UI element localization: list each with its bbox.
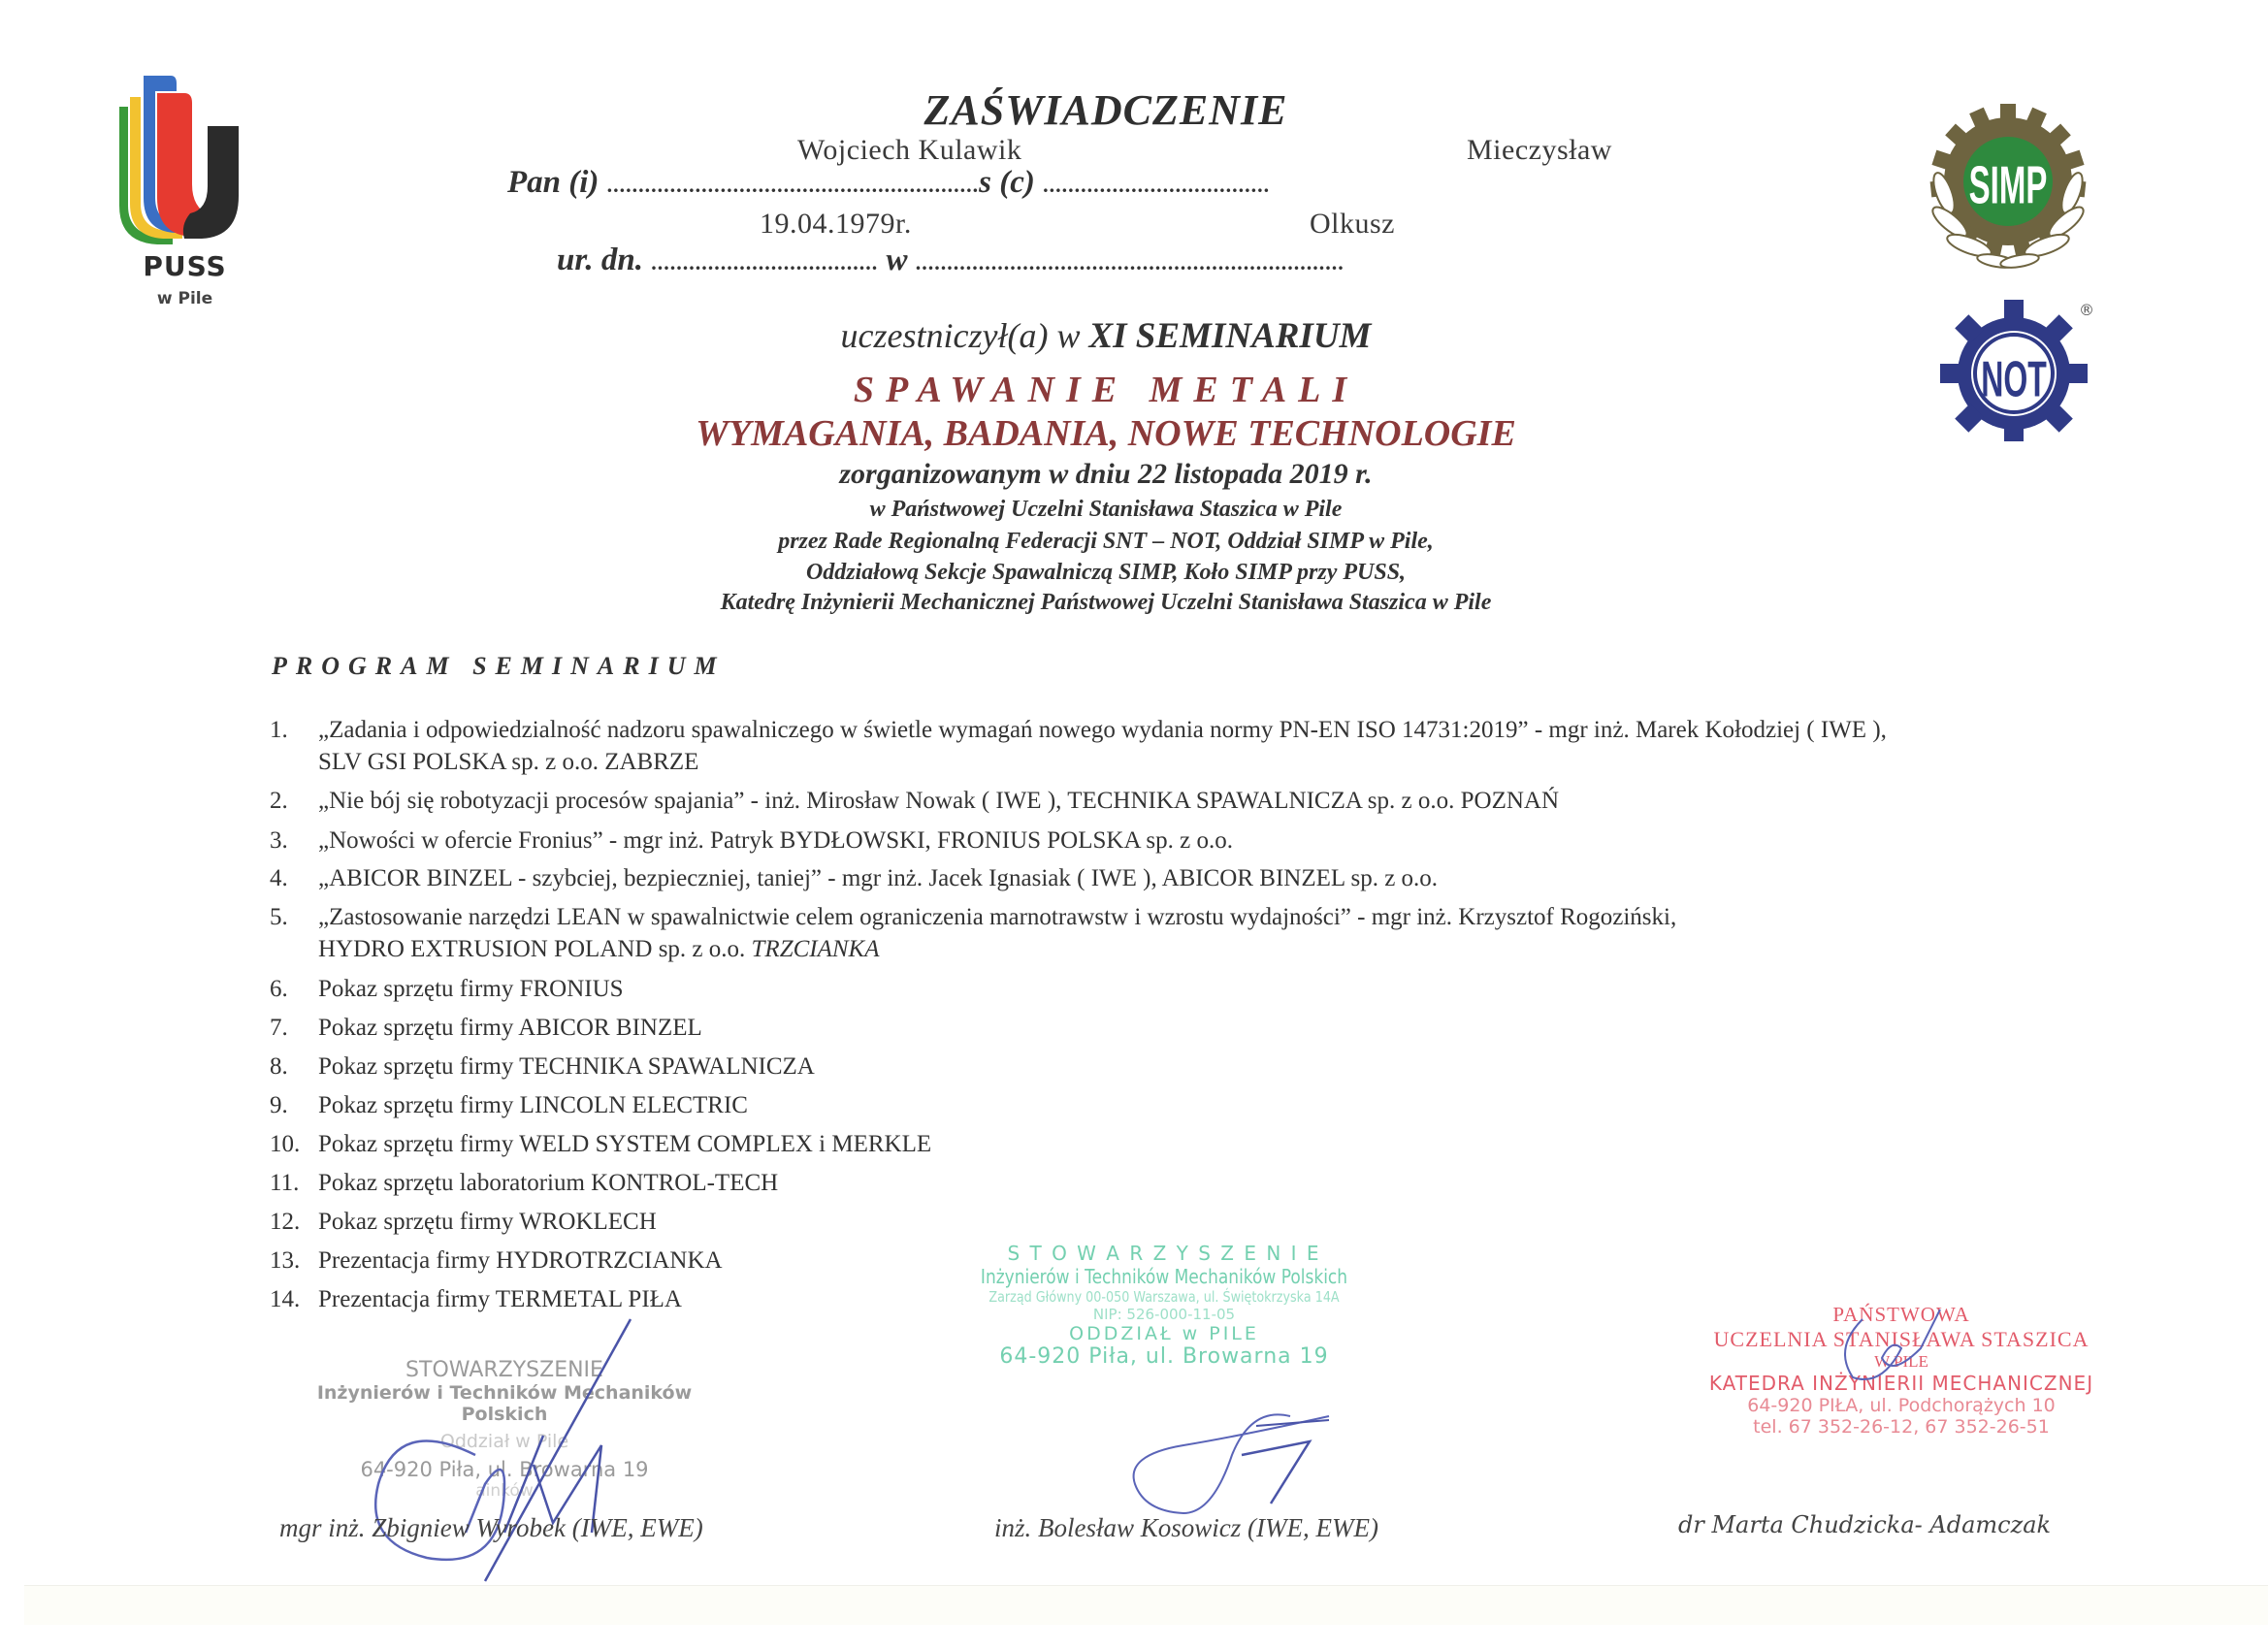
program-item-text: Pokaz sprzętu firmy ABICOR BINZEL	[318, 1015, 702, 1042]
signature-wyrobek-icon	[359, 1309, 669, 1591]
participant-name-value: Wojciech Kulawik	[797, 134, 1021, 167]
puss-logo-sub: w Pile	[114, 289, 255, 308]
program-item-line: SLV GSI POLSKA sp. z o.o. ZABRZE	[318, 749, 698, 775]
program-item-number: 6.	[270, 976, 308, 1003]
organizer-line: w Państwowej Uczelni Stanisława Staszica…	[0, 497, 2212, 523]
stamp-line: ODDZIAŁ w PILE	[946, 1323, 1382, 1344]
program-item-text: Pokaz sprzętu laboratorium KONTROL-TECH	[318, 1170, 778, 1197]
program-item-text: SLV GSI POLSKA sp. z o.o. ZABRZE	[318, 749, 698, 776]
stamp-line: Inżynierów i Techników Mechaników Polski…	[979, 1265, 1350, 1288]
program-item-number: 1.	[270, 717, 308, 744]
program-item-text: Pokaz sprzętu firmy WELD SYSTEM COMPLEX …	[318, 1131, 931, 1158]
birth-place-value: Olkusz	[1310, 208, 1395, 241]
program-item-line: Pokaz sprzętu firmy WELD SYSTEM COMPLEX …	[318, 1131, 931, 1157]
stamp-line: Zarząd Główny 00-050 Warszawa, ul. Święt…	[979, 1288, 1350, 1306]
signatory-name: inż. Bolesław Kosowicz (IWE, EWE)	[994, 1513, 1378, 1543]
program-item-line: „Zadania i odpowiedzialność nadzoru spaw…	[318, 717, 1887, 743]
signature-chudzicka-icon	[1824, 1290, 1979, 1397]
program-item-number: 3.	[270, 827, 308, 855]
birth-date-value: 19.04.1979r.	[760, 208, 912, 241]
program-item-text: Pokaz sprzętu firmy FRONIUS	[318, 976, 624, 1003]
program-item-line: Pokaz sprzętu firmy WROKLECH	[318, 1209, 657, 1235]
program-item-line: Pokaz sprzętu firmy LINCOLN ELECTRIC	[318, 1092, 748, 1118]
stamp-line: tel. 67 352-26-12, 67 352-26-51	[1659, 1416, 2144, 1438]
organizer-line: Katedrę Inżynierii Mechanicznej Państwow…	[0, 590, 2212, 616]
birth-date-dots: ....................................	[651, 250, 878, 275]
program-item-line: Pokaz sprzętu firmy ABICOR BINZEL	[318, 1015, 702, 1041]
organizer-line: Oddziałową Sekcje Spawalniczą SIMP, Koło…	[0, 560, 2212, 586]
birth-date-label: ur. dn.	[557, 242, 643, 277]
program-item-text: „ABICOR BINZEL - szybciej, bezpieczniej,…	[318, 865, 1438, 892]
name-dots: ........................................…	[607, 173, 980, 197]
father-label: s (c)	[979, 165, 1035, 200]
program-item-location: TRZCIANKA	[752, 936, 880, 962]
program-item-number: 10.	[270, 1131, 308, 1158]
program-item-number: 14.	[270, 1286, 308, 1313]
program-item-number: 4.	[270, 865, 308, 892]
signatory-name: mgr inż. Zbigniew Wyrobek (IWE, EWE)	[279, 1513, 703, 1543]
program-item-text: Pokaz sprzętu firmy TECHNIKA SPAWALNICZA	[318, 1053, 815, 1081]
program-item-number: 2.	[270, 788, 308, 815]
program-item-line: Pokaz sprzętu firmy TECHNIKA SPAWALNICZA	[318, 1053, 815, 1080]
participation-line: uczestniczył(a) w XI SEMINARIUM	[0, 315, 2212, 357]
program-item-number: 9.	[270, 1092, 308, 1119]
seminar-number: XI SEMINARIUM	[1088, 316, 1371, 356]
organizer-line: przez Rade Regionalną Federacji SNT – NO…	[0, 529, 2212, 555]
seminar-subtitle: WYMAGANIA, BADANIA, NOWE TECHNOLOGIE	[0, 412, 2212, 455]
seminar-title: SPAWANIE METALI	[0, 369, 2212, 411]
program-item-text: „Zastosowanie narzędzi LEAN w spawalnict…	[318, 904, 1676, 931]
stamp-simp-main: S T O W A R Z Y S Z E N I E Inżynierów i…	[946, 1242, 1382, 1369]
program-item-text: Pokaz sprzętu firmy WROKLECH	[318, 1209, 657, 1236]
program-item-number: 7.	[270, 1015, 308, 1042]
stamp-line: NIP: 526-000-11-05	[946, 1306, 1382, 1323]
program-item-line: „ABICOR BINZEL - szybciej, bezpieczniej,…	[318, 865, 1438, 891]
name-label: Pan (i)	[507, 165, 599, 200]
puss-logo-name: PUSS	[114, 250, 255, 282]
signature-kosowicz-icon	[1096, 1397, 1348, 1533]
birth-row: ur. dn. ................................…	[557, 242, 1345, 278]
program-item-line: „Zastosowanie narzędzi LEAN w spawalnict…	[318, 904, 1676, 930]
program-item-number: 13.	[270, 1247, 308, 1275]
organized-date-line: zorganizowanym w dniu 22 listopada 2019 …	[0, 458, 2212, 491]
program-item-line: Prezentacja firmy HYDROTRZCIANKA	[318, 1247, 723, 1274]
birth-place-label: w	[886, 242, 907, 277]
program-item-text: Pokaz sprzętu firmy LINCOLN ELECTRIC	[318, 1092, 748, 1119]
program-item-number: 5.	[270, 904, 308, 931]
program-item-number: 12.	[270, 1209, 308, 1236]
program-item-line: „Nie bój się robotyzacji procesów spajan…	[318, 788, 1559, 814]
program-item-text: „Nowości w ofercie Fronius” - mgr inż. P…	[318, 827, 1233, 855]
program-heading: PROGRAM SEMINARIUM	[272, 652, 726, 681]
program-item-number: 11.	[270, 1170, 308, 1197]
father-name-value: Mieczysław	[1467, 134, 1612, 167]
stamp-line: 64-920 PIŁA, ul. Podchorążych 10	[1659, 1395, 2144, 1416]
program-item-line: Prezentacja firmy TERMETAL PIŁA	[318, 1286, 682, 1312]
participation-prefix: uczestniczył(a) w	[841, 316, 1081, 355]
name-row: Pan (i) ................................…	[507, 165, 1270, 201]
program-item-text: Prezentacja firmy HYDROTRZCIANKA	[318, 1247, 723, 1275]
program-item-number: 8.	[270, 1053, 308, 1081]
program-item-line: Pokaz sprzętu laboratorium KONTROL-TECH	[318, 1170, 778, 1196]
father-dots: ....................................	[1043, 173, 1270, 197]
document-title: ZAŚWIADCZENIE	[0, 85, 2212, 135]
stamp-line: 64-920 Piła, ul. Browarna 19	[946, 1344, 1382, 1369]
signatory-name: dr Marta Chudzicka- Adamczak	[1678, 1511, 2051, 1538]
birth-place-dots: ........................................…	[916, 250, 1345, 275]
scan-edge	[24, 1585, 2268, 1625]
program-item-text: HYDRO EXTRUSION POLAND sp. z o.o. TRZCIA…	[318, 936, 880, 963]
program-item-line: Pokaz sprzętu firmy FRONIUS	[318, 976, 624, 1002]
stamp-line: S T O W A R Z Y S Z E N I E	[946, 1242, 1382, 1265]
program-item-line: „Nowości w ofercie Fronius” - mgr inż. P…	[318, 827, 1233, 854]
svg-text:SIMP: SIMP	[1969, 155, 2048, 215]
program-item-text: „Nie bój się robotyzacji procesów spajan…	[318, 788, 1559, 815]
program-item-text: „Zadania i odpowiedzialność nadzoru spaw…	[318, 717, 1887, 744]
program-item-line: HYDRO EXTRUSION POLAND sp. z o.o.	[318, 936, 745, 962]
